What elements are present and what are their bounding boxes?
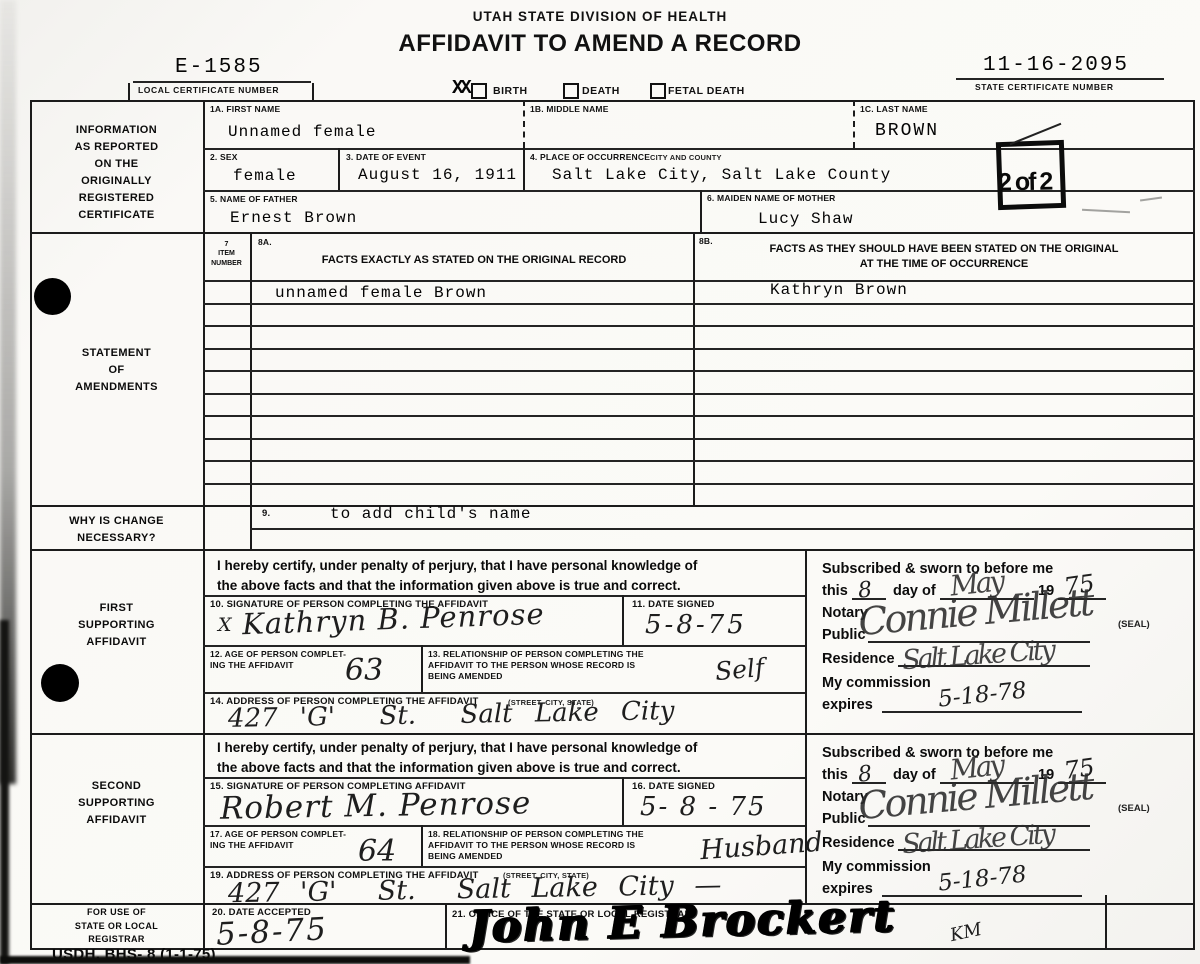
grid-line bbox=[30, 232, 1195, 234]
grid-line bbox=[30, 733, 1195, 735]
grid-line bbox=[250, 232, 252, 549]
field-sublabel-place: CITY AND COUNTY bbox=[650, 153, 722, 163]
notary-this-label-1: this bbox=[822, 581, 848, 603]
grid-line bbox=[203, 460, 1195, 462]
grid-line bbox=[1105, 895, 1107, 948]
field-label-date-of-event: 3. DATE OF EVENT bbox=[346, 152, 426, 163]
grid-line bbox=[203, 825, 805, 827]
state-certificate-number: 11-16-2095 bbox=[983, 54, 1129, 77]
section-label-amendments: STATEMENT OF AMENDMENTS bbox=[30, 345, 203, 396]
fetal-death-checkbox-label: FETAL DEATH bbox=[668, 85, 745, 97]
field-value-date-of-event: August 16, 1911 bbox=[358, 166, 517, 184]
grid-line bbox=[203, 483, 1195, 485]
field-value-mother: Lucy Shaw bbox=[758, 210, 853, 228]
address-value-1: 427 'G' St. Salt Lake City bbox=[228, 696, 675, 734]
birth-checkbox bbox=[471, 83, 487, 99]
column-8a-header: FACTS EXACTLY AS STATED ON THE ORIGINAL … bbox=[255, 253, 693, 268]
grid-line bbox=[445, 903, 447, 948]
grid-line bbox=[523, 100, 525, 148]
field-value-place: Salt Lake City, Salt Lake County bbox=[552, 166, 891, 184]
field-label-last-name: 1C. LAST NAME bbox=[860, 104, 928, 115]
age-label-1: 12. AGE OF PERSON COMPLET- ING THE AFFID… bbox=[210, 649, 346, 671]
grid-line bbox=[853, 100, 855, 148]
grid-line bbox=[30, 505, 1195, 507]
signature-prefix-1: X bbox=[218, 614, 232, 636]
date-accepted-value: 5-8-75 bbox=[215, 911, 329, 953]
grid-line bbox=[203, 777, 805, 779]
field-label-father: 5. NAME OF FATHER bbox=[210, 194, 298, 205]
field-value-first-name: Unnamed female bbox=[228, 123, 376, 141]
punch-hole bbox=[34, 278, 71, 315]
grid-line bbox=[128, 83, 130, 100]
notary-sworn-text-2: Subscribed & sworn to before me bbox=[822, 743, 1053, 765]
grid-line bbox=[421, 645, 423, 692]
grid-line bbox=[203, 415, 1195, 417]
grid-line bbox=[622, 777, 624, 825]
amendment-corrected-value: Kathryn Brown bbox=[770, 281, 908, 299]
birth-checkbox-label: BIRTH bbox=[493, 85, 528, 97]
grid-line bbox=[203, 303, 1195, 305]
grid-line bbox=[203, 595, 805, 597]
field-value-father: Ernest Brown bbox=[230, 209, 357, 227]
section-label-registrar-use: FOR USE OF STATE OR LOCAL REGISTRAR bbox=[30, 906, 203, 947]
section-label-original-info: INFORMATION AS REPORTED ON THE ORIGINALL… bbox=[30, 122, 203, 224]
local-certificate-label: LOCAL CERTIFICATE NUMBER bbox=[138, 85, 279, 95]
registrar-annotation: KM bbox=[948, 919, 984, 946]
column-8a-number: 8A. bbox=[258, 237, 272, 248]
field-label-place: 4. PLACE OF OCCURRENCE bbox=[530, 152, 650, 163]
grid-line bbox=[203, 866, 805, 868]
notary-commission-label-1: My commission bbox=[822, 673, 931, 695]
notary-expires-label-1: expires bbox=[822, 695, 873, 717]
notary-sworn-text-1: Subscribed & sworn to before me bbox=[822, 559, 1053, 581]
pencil-mark bbox=[1140, 196, 1162, 201]
relationship-label-2: 18. RELATIONSHIP OF PERSON COMPLETING TH… bbox=[428, 829, 644, 862]
field-label-mother: 6. MAIDEN NAME OF MOTHER bbox=[707, 193, 836, 204]
date-signed-value-1: 5-8-75 bbox=[645, 610, 747, 640]
grid-line bbox=[523, 148, 525, 190]
grid-line bbox=[203, 645, 805, 647]
scan-edge-shadow bbox=[0, 620, 9, 964]
certify-statement-1: I hereby certify, under penalty of perju… bbox=[217, 556, 797, 597]
grid-line bbox=[133, 81, 311, 83]
field-label-sex: 2. SEX bbox=[210, 152, 238, 163]
grid-line bbox=[250, 528, 1195, 530]
seal-label-2: (SEAL) bbox=[1118, 803, 1150, 814]
section-label-second-affidavit: SECOND SUPPORTING AFFIDAVIT bbox=[30, 778, 203, 829]
notary-residence-label-2: Residence bbox=[822, 833, 895, 855]
field-label-first-name: 1A. FIRST NAME bbox=[210, 104, 280, 115]
relationship-label-1: 13. RELATIONSHIP OF PERSON COMPLETING TH… bbox=[428, 649, 644, 682]
birth-checkbox-mark: XX bbox=[452, 77, 469, 99]
item-number-column-header: 7 ITEM NUMBER bbox=[203, 240, 250, 268]
column-8b-header: FACTS AS THEY SHOULD HAVE BEEN STATED ON… bbox=[700, 242, 1188, 272]
grid-line bbox=[622, 595, 624, 645]
amendment-original-value: unnamed female Brown bbox=[275, 284, 487, 302]
punch-hole bbox=[41, 664, 79, 702]
notary-expires-value-1: 5-18-78 bbox=[937, 677, 1028, 712]
scanned-affidavit-document: UTAH STATE DIVISION OF HEALTH AFFIDAVIT … bbox=[0, 0, 1200, 964]
grid-line bbox=[421, 825, 423, 866]
death-checkbox-label: DEATH bbox=[582, 85, 620, 97]
seal-label-1: (SEAL) bbox=[1118, 619, 1150, 630]
grid-line bbox=[203, 325, 1195, 327]
why-change-item-number: 9. bbox=[262, 508, 270, 520]
grid-line bbox=[203, 348, 1195, 350]
fetal-death-checkbox bbox=[650, 83, 666, 99]
notary-this-label-2: this bbox=[822, 765, 848, 787]
grid-line bbox=[693, 232, 695, 505]
grid-line bbox=[312, 83, 314, 100]
grid-line bbox=[1193, 100, 1195, 948]
section-label-first-affidavit: FIRST SUPPORTING AFFIDAVIT bbox=[30, 600, 203, 651]
grid-line bbox=[956, 78, 1164, 80]
grid-line bbox=[203, 280, 1195, 282]
section-label-why-change: WHY IS CHANGE NECESSARY? bbox=[30, 513, 203, 547]
pencil-mark bbox=[1082, 209, 1130, 214]
age-value-1: 63 bbox=[345, 653, 383, 688]
age-label-2: 17. AGE OF PERSON COMPLET- ING THE AFFID… bbox=[210, 829, 346, 851]
grid-line bbox=[203, 370, 1195, 372]
certify-statement-2: I hereby certify, under penalty of perju… bbox=[217, 738, 797, 779]
notary-expires-value-2: 5-18-78 bbox=[937, 861, 1028, 896]
grid-line bbox=[882, 895, 1082, 897]
grid-line bbox=[30, 549, 1195, 551]
field-value-last-name: BROWN bbox=[875, 121, 939, 141]
grid-line bbox=[203, 692, 805, 694]
registrar-signature: John E Brockert bbox=[467, 890, 895, 952]
grid-line bbox=[203, 438, 1195, 440]
field-value-sex: female bbox=[233, 167, 297, 185]
why-change-value: to add child's name bbox=[330, 505, 531, 523]
date-signed-value-2: 5- 8 - 75 bbox=[640, 792, 767, 822]
age-value-2: 64 bbox=[358, 834, 396, 869]
notary-commission-label-2: My commission bbox=[822, 857, 931, 879]
state-certificate-label: STATE CERTIFICATE NUMBER bbox=[975, 82, 1114, 92]
grid-line bbox=[203, 100, 205, 948]
grid-line bbox=[203, 393, 1195, 395]
notary-residence-label-1: Residence bbox=[822, 649, 895, 671]
scan-edge-shadow bbox=[0, 956, 470, 964]
local-certificate-number: E-1585 bbox=[175, 56, 263, 79]
grid-line bbox=[882, 711, 1082, 713]
relationship-value-1: Self bbox=[714, 653, 766, 686]
grid-line bbox=[700, 190, 702, 232]
page-stamp-text: 2 of 2 bbox=[998, 168, 1052, 198]
death-checkbox bbox=[563, 83, 579, 99]
field-label-middle-name: 1B. MIDDLE NAME bbox=[530, 104, 609, 115]
grid-line bbox=[338, 148, 340, 190]
agency-name: UTAH STATE DIVISION OF HEALTH bbox=[0, 9, 1200, 24]
signature-value-2: Robert M. Penrose bbox=[220, 785, 532, 826]
